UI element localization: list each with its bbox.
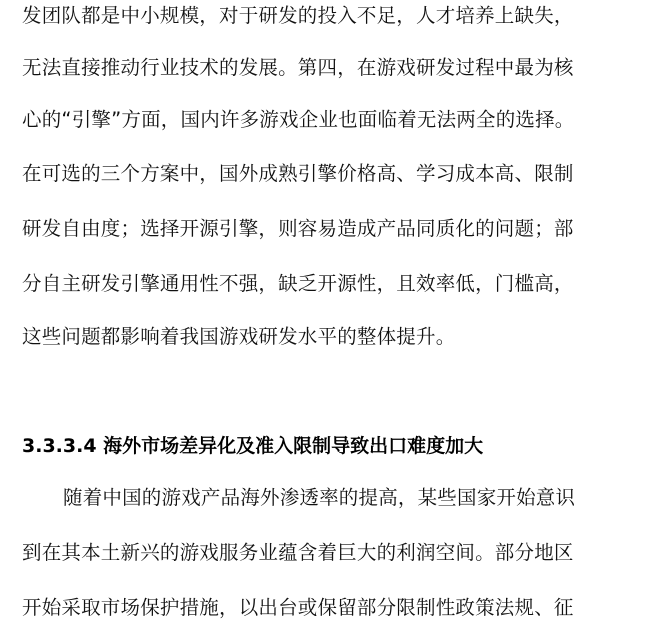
text-line: 无法直接推动行业技术的发展。第四，在游戏研发过程中最为核 bbox=[22, 54, 574, 82]
section-heading: 3.3.3.4 海外市场差异化及准入限制导致出口难度加大 bbox=[22, 432, 483, 460]
text-line: 这些问题都影响着我国游戏研发水平的整体提升。 bbox=[22, 323, 455, 351]
text-line: 在可选的三个方案中，国外成熟引擎价格高、学习成本高、限制 bbox=[22, 160, 574, 188]
text-line: 研发自由度；选择开源引擎，则容易造成产品同质化的问题；部 bbox=[22, 215, 574, 243]
text-line: 到在其本土新兴的游戏服务业蕴含着巨大的利润空间。部分地区 bbox=[22, 539, 574, 567]
text-line: 发团队都是中小规模，对于研发的投入不足，人才培养上缺失， bbox=[22, 2, 574, 30]
text-line: 开始采取市场保护措施，以出台或保留部分限制性政策法规、征 bbox=[22, 594, 574, 622]
text-line: 随着中国的游戏产品海外渗透率的提高，某些国家开始意识 bbox=[63, 484, 575, 512]
document-page: 发团队都是中小规模，对于研发的投入不足，人才培养上缺失， 无法直接推动行业技术的… bbox=[0, 0, 650, 634]
text-line: 心的“引擎”方面，国内许多游戏企业也面临着无法两全的选择。 bbox=[22, 106, 575, 134]
text-line: 分自主研发引擎通用性不强，缺乏开源性，且效率低，门槛高， bbox=[22, 270, 574, 298]
